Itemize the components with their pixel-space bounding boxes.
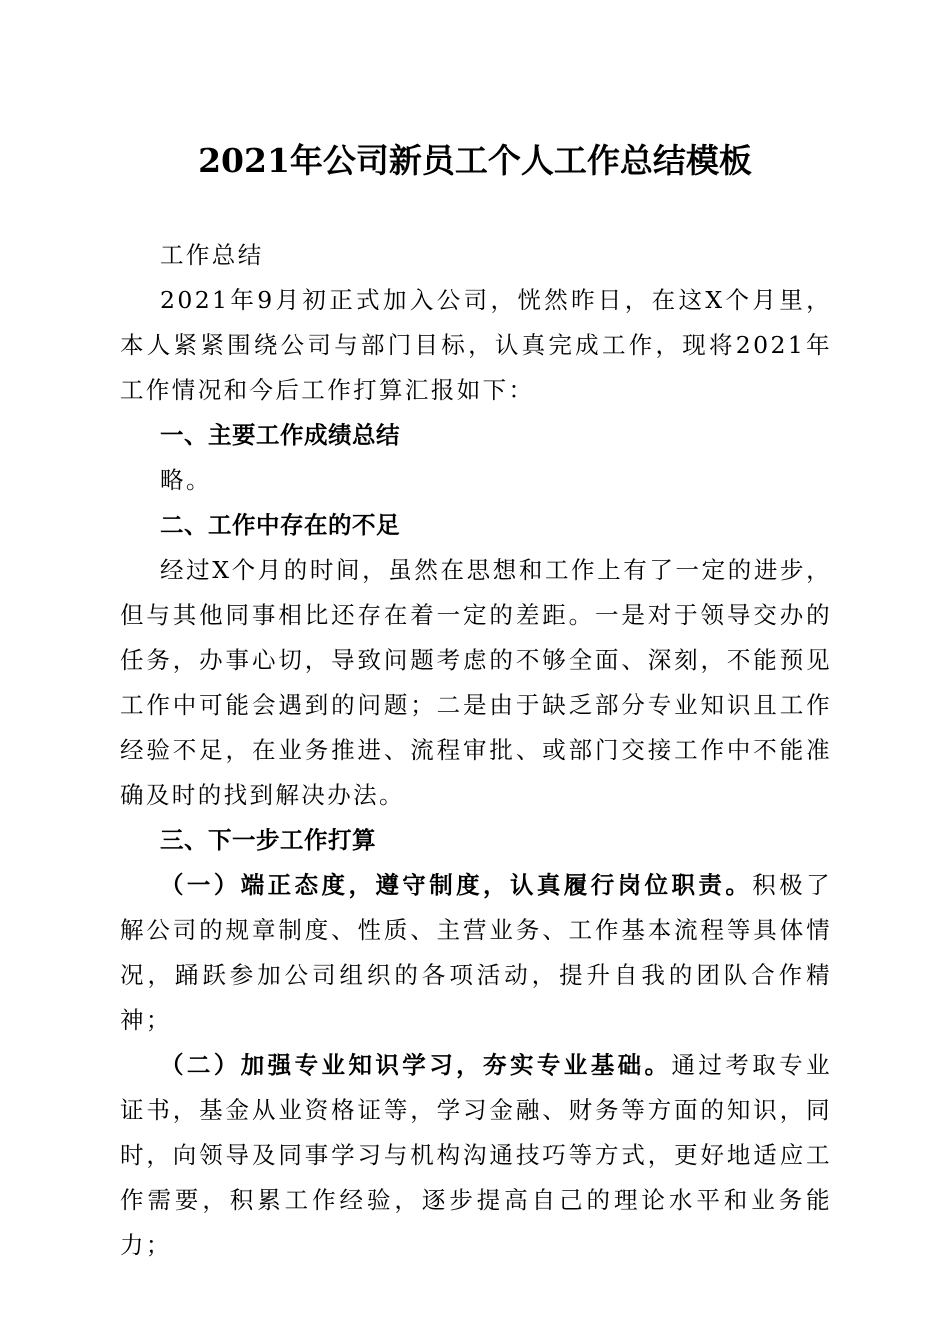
section-3-item-1: （一）端正态度，遵守制度，认真履行岗位职责。积极了解公司的规章制度、性质、主营业… — [120, 863, 832, 1043]
section-1-body: 略。 — [120, 458, 832, 503]
document-body: 工作总结 2021年9月初正式加入公司，恍然昨日，在这X个月里，本人紧紧围绕公司… — [120, 233, 832, 1268]
item-2-text: 通过考取专业证书，基金从业资格证等，学习金融、财务等方面的知识，同时，向领导及同… — [120, 1051, 832, 1259]
section-3-heading: 三、下一步工作打算 — [120, 818, 832, 863]
document-page: 2021年公司新员工个人工作总结模板 工作总结 2021年9月初正式加入公司，恍… — [0, 0, 950, 1344]
item-2-lead: （二）加强专业知识学习，夯实专业基础。 — [160, 1051, 671, 1079]
section-3-item-2: （二）加强专业知识学习，夯实专业基础。通过考取专业证书，基金从业资格证等，学习金… — [120, 1043, 832, 1268]
section-2-body: 经过X个月的时间，虽然在思想和工作上有了一定的进步，但与其他同事相比还存在着一定… — [120, 548, 832, 818]
document-title: 2021年公司新员工个人工作总结模板 — [0, 136, 950, 186]
item-1-lead: （一）端正态度，遵守制度，认真履行岗位职责。 — [160, 871, 752, 899]
subtitle: 工作总结 — [120, 233, 832, 278]
section-2-heading: 二、工作中存在的不足 — [120, 503, 832, 548]
intro-paragraph: 2021年9月初正式加入公司，恍然昨日，在这X个月里，本人紧紧围绕公司与部门目标… — [120, 278, 832, 413]
section-1-heading: 一、主要工作成绩总结 — [120, 413, 832, 458]
